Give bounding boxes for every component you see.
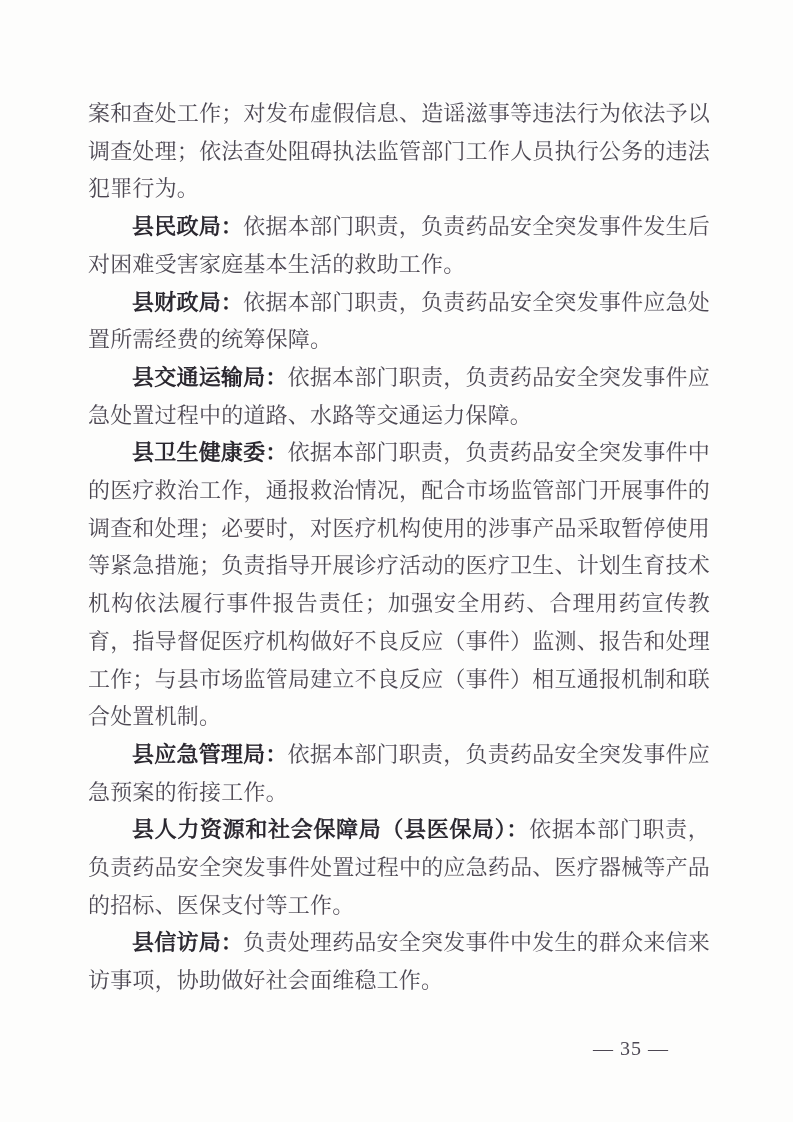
page-footer: — 35 —	[566, 1038, 696, 1061]
paragraph: 县财政局：依据本部门职责，负责药品安全突发事件应急处置所需经费的统筹保障。	[88, 284, 710, 359]
department-name: 县人力资源和社会保障局（县医保局）：	[132, 817, 529, 842]
department-name: 县交通运输局：	[132, 365, 288, 390]
paragraph: 县卫生健康委：依据本部门职责，负责药品安全突发事件中的医疗救治工作，通报救治情况…	[88, 434, 710, 736]
paragraph: 县人力资源和社会保障局（县医保局）：依据本部门职责，负责药品安全突发事件处置过程…	[88, 811, 710, 924]
department-name: 县信访局：	[132, 930, 243, 955]
paragraph-text: 案和查处工作；对发布虚假信息、造谣滋事等违法行为依法予以调查处理；依法查处阻碍执…	[88, 101, 710, 201]
page-number: — 35 —	[593, 1038, 669, 1060]
department-name: 县民政局：	[132, 214, 243, 239]
document-body: 案和查处工作；对发布虚假信息、造谣滋事等违法行为依法予以调查处理；依法查处阻碍执…	[88, 95, 710, 1000]
department-name: 县财政局：	[132, 290, 243, 315]
paragraph-text: 依据本部门职责，负责药品安全突发事件中的医疗救治工作，通报救治情况，配合市场监管…	[88, 440, 710, 729]
paragraph: 县民政局：依据本部门职责，负责药品安全突发事件发生后对困难受害家庭基本生活的救助…	[88, 208, 710, 283]
paragraph: 县交通运输局：依据本部门职责，负责药品安全突发事件应急处置过程中的道路、水路等交…	[88, 359, 710, 434]
document-page: 案和查处工作；对发布虚假信息、造谣滋事等违法行为依法予以调查处理；依法查处阻碍执…	[0, 0, 793, 1122]
paragraph: 县信访局：负责处理药品安全突发事件中发生的群众来信来访事项，协助做好社会面维稳工…	[88, 924, 710, 999]
paragraph: 县应急管理局：依据本部门职责，负责药品安全突发事件应急预案的衔接工作。	[88, 736, 710, 811]
department-name: 县卫生健康委：	[132, 440, 288, 465]
paragraph: 案和查处工作；对发布虚假信息、造谣滋事等违法行为依法予以调查处理；依法查处阻碍执…	[88, 95, 710, 208]
department-name: 县应急管理局：	[132, 742, 288, 767]
